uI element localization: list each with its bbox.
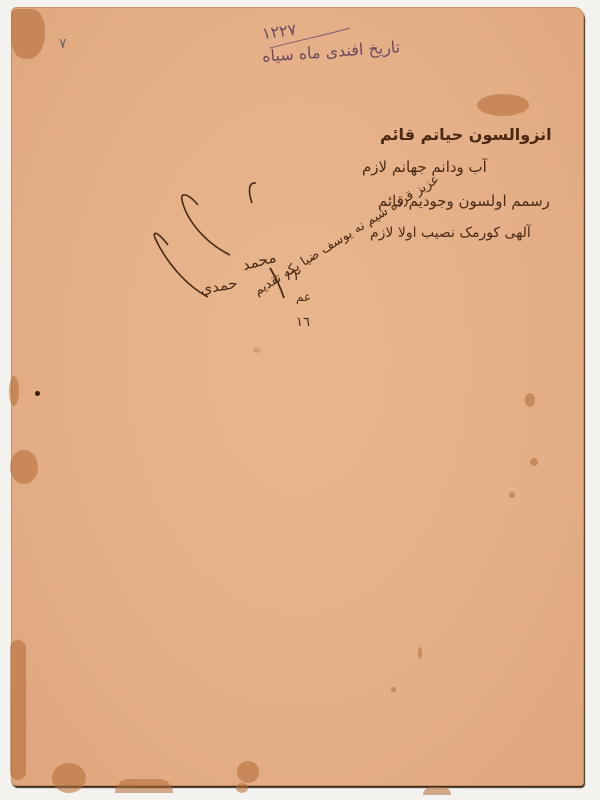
signature-flourish (0, 0, 600, 800)
